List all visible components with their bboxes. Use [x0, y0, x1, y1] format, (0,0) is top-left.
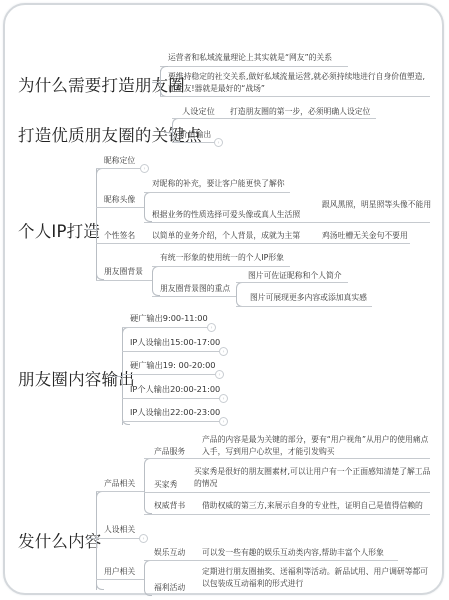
connector — [236, 282, 244, 307]
node-signature-warning[interactable]: 鸡汤吐槽无关金句不要用 — [322, 230, 408, 242]
connector — [96, 491, 104, 590]
node-schedule-1[interactable]: 硬广输出9:00-11:00 — [130, 313, 208, 324]
underline — [96, 280, 152, 281]
underline — [144, 192, 290, 193]
circle-collapse-icon[interactable]: › — [219, 417, 228, 426]
node-image-proof[interactable]: 图片可佐证昵称和个人简介 — [248, 270, 342, 282]
node-nickname-supplement[interactable]: 对昵称的补充，要让客户能更快了解你 — [152, 178, 285, 190]
node-relationship[interactable]: 运营者和私域流量理论上其实就是“网友”的关系 — [168, 52, 332, 64]
node-background-focus[interactable]: 朋友圈背景图的重点 — [160, 283, 230, 295]
underline — [96, 491, 144, 492]
connector — [152, 266, 160, 296]
underline — [236, 306, 372, 307]
node-product-service-detail[interactable]: 产品的内容是最为关键的部分，要有“用户视角”从用户的使用痛点入手，写到用户心坎里… — [202, 434, 432, 458]
underline — [152, 296, 236, 297]
underline — [172, 118, 376, 119]
connector — [96, 168, 104, 280]
node-nickname-positioning[interactable]: 昵称定位 — [104, 155, 135, 167]
node-image-more[interactable]: 图片可展现更多内容或添加真实感 — [250, 292, 367, 304]
circle-collapse-icon[interactable]: › — [214, 138, 223, 147]
node-buyer-show-detail[interactable]: 买家秀是很好的朋友圈素材,可以让用户有一个正面感知清楚了解工品的情况 — [194, 466, 432, 490]
node-persona-positioning[interactable]: 人设定位 — [182, 106, 215, 117]
node-product-related[interactable]: 产品相关 — [104, 478, 135, 490]
node-signature-detail[interactable]: 以简单的业务介绍，个人背景，成就为主第 — [152, 230, 300, 242]
node-value-shaping[interactable]: 要维持稳定的社交关系,做好私域流量运营,就必须持续地进行自身价值塑造,而朋友!器… — [168, 71, 432, 95]
node-persona-related[interactable]: 人设相关 — [104, 524, 135, 536]
circle-collapse-icon[interactable]: › — [140, 164, 149, 173]
underline — [96, 579, 144, 580]
connector — [96, 491, 97, 590]
underline — [96, 538, 140, 539]
underline — [122, 327, 208, 328]
underline — [160, 96, 430, 97]
node-entertainment[interactable]: 娱乐互动 — [154, 547, 185, 559]
node-entertainment-detail[interactable]: 可以发一些有趣的娱乐互动类内容,帮助丰富个人形象 — [202, 547, 384, 559]
underline — [144, 560, 398, 561]
connector — [144, 192, 152, 222]
node-user-related[interactable]: 用户相关 — [104, 566, 135, 578]
node-welfare-activity[interactable]: 福利活动 — [154, 582, 185, 594]
underline — [122, 398, 220, 399]
circle-collapse-icon[interactable]: › — [219, 394, 228, 403]
node-welfare-detail[interactable]: 定期进行朋友圈抽奖、送福利等活动。新品试用、用户调研等都可以包装成互动福利的形式… — [202, 566, 432, 590]
connector — [152, 82, 160, 83]
node-schedule-5[interactable]: IP人设输出22:00-23:00 — [130, 407, 220, 418]
node-moments-background[interactable]: 朋友圈背景 — [104, 266, 143, 278]
connector — [86, 538, 96, 539]
underline — [144, 492, 430, 493]
underline — [122, 374, 216, 375]
connector — [122, 327, 130, 425]
node-value-output[interactable]: 价值输出 — [180, 129, 211, 141]
circle-collapse-icon[interactable]: › — [215, 370, 224, 379]
connector — [112, 376, 122, 377]
underline — [122, 351, 220, 352]
circle-collapse-icon[interactable]: › — [139, 534, 148, 543]
circle-collapse-icon[interactable]: › — [219, 347, 228, 356]
node-product-service[interactable]: 产品服务 — [154, 446, 185, 458]
node-authority-detail[interactable]: 借助权威的第三方,来展示自身的专业性，证明自己是值得信赖的 — [202, 500, 423, 512]
underline — [144, 514, 430, 515]
node-buyer-show[interactable]: 买家秀 — [154, 479, 177, 491]
node-schedule-4[interactable]: IP个人输出20:00-21:00 — [130, 384, 220, 395]
connector — [144, 560, 152, 596]
root-node-content-output[interactable]: 朋友圈内容输出 — [18, 366, 135, 390]
node-signature[interactable]: 个性签名 — [104, 230, 135, 242]
connector — [122, 327, 123, 425]
connector — [86, 229, 96, 230]
connector — [172, 118, 180, 142]
underline — [96, 243, 410, 244]
connector — [160, 70, 168, 97]
connector — [96, 168, 97, 280]
node-avatar-warning[interactable]: 跟风黑照，明星照等头像不能用 — [322, 199, 432, 211]
connector — [164, 132, 172, 133]
underline — [96, 168, 140, 169]
underline — [144, 222, 430, 223]
node-unified-image[interactable]: 有统一形象的使用统一的个人IP形象 — [160, 252, 284, 264]
node-nickname-avatar[interactable]: 昵称头像 — [104, 194, 135, 206]
underline — [144, 458, 430, 459]
node-persona-detail[interactable]: 打造朋友圈的第一步，必须明确人设定位 — [230, 106, 370, 118]
node-schedule-2[interactable]: IP人设输出15:00-17:00 — [130, 337, 220, 348]
underline — [152, 266, 290, 267]
node-authority-endorsement[interactable]: 权威背书 — [154, 500, 185, 512]
connector — [144, 458, 152, 514]
root-node-what-content[interactable]: 发什么内容 — [18, 528, 102, 552]
node-schedule-3[interactable]: 硬广输出19: 00-20:00 — [130, 360, 216, 371]
node-avatar-choice[interactable]: 根据业务的性质选择可爱头像或真人生活照 — [152, 209, 300, 221]
underline — [172, 142, 216, 143]
underline — [236, 282, 348, 283]
root-node-personal-ip[interactable]: 个人IP打造 — [18, 218, 100, 242]
underline — [96, 207, 144, 208]
circle-collapse-icon[interactable]: › — [207, 323, 216, 332]
underline — [122, 421, 220, 422]
underline — [160, 66, 348, 67]
